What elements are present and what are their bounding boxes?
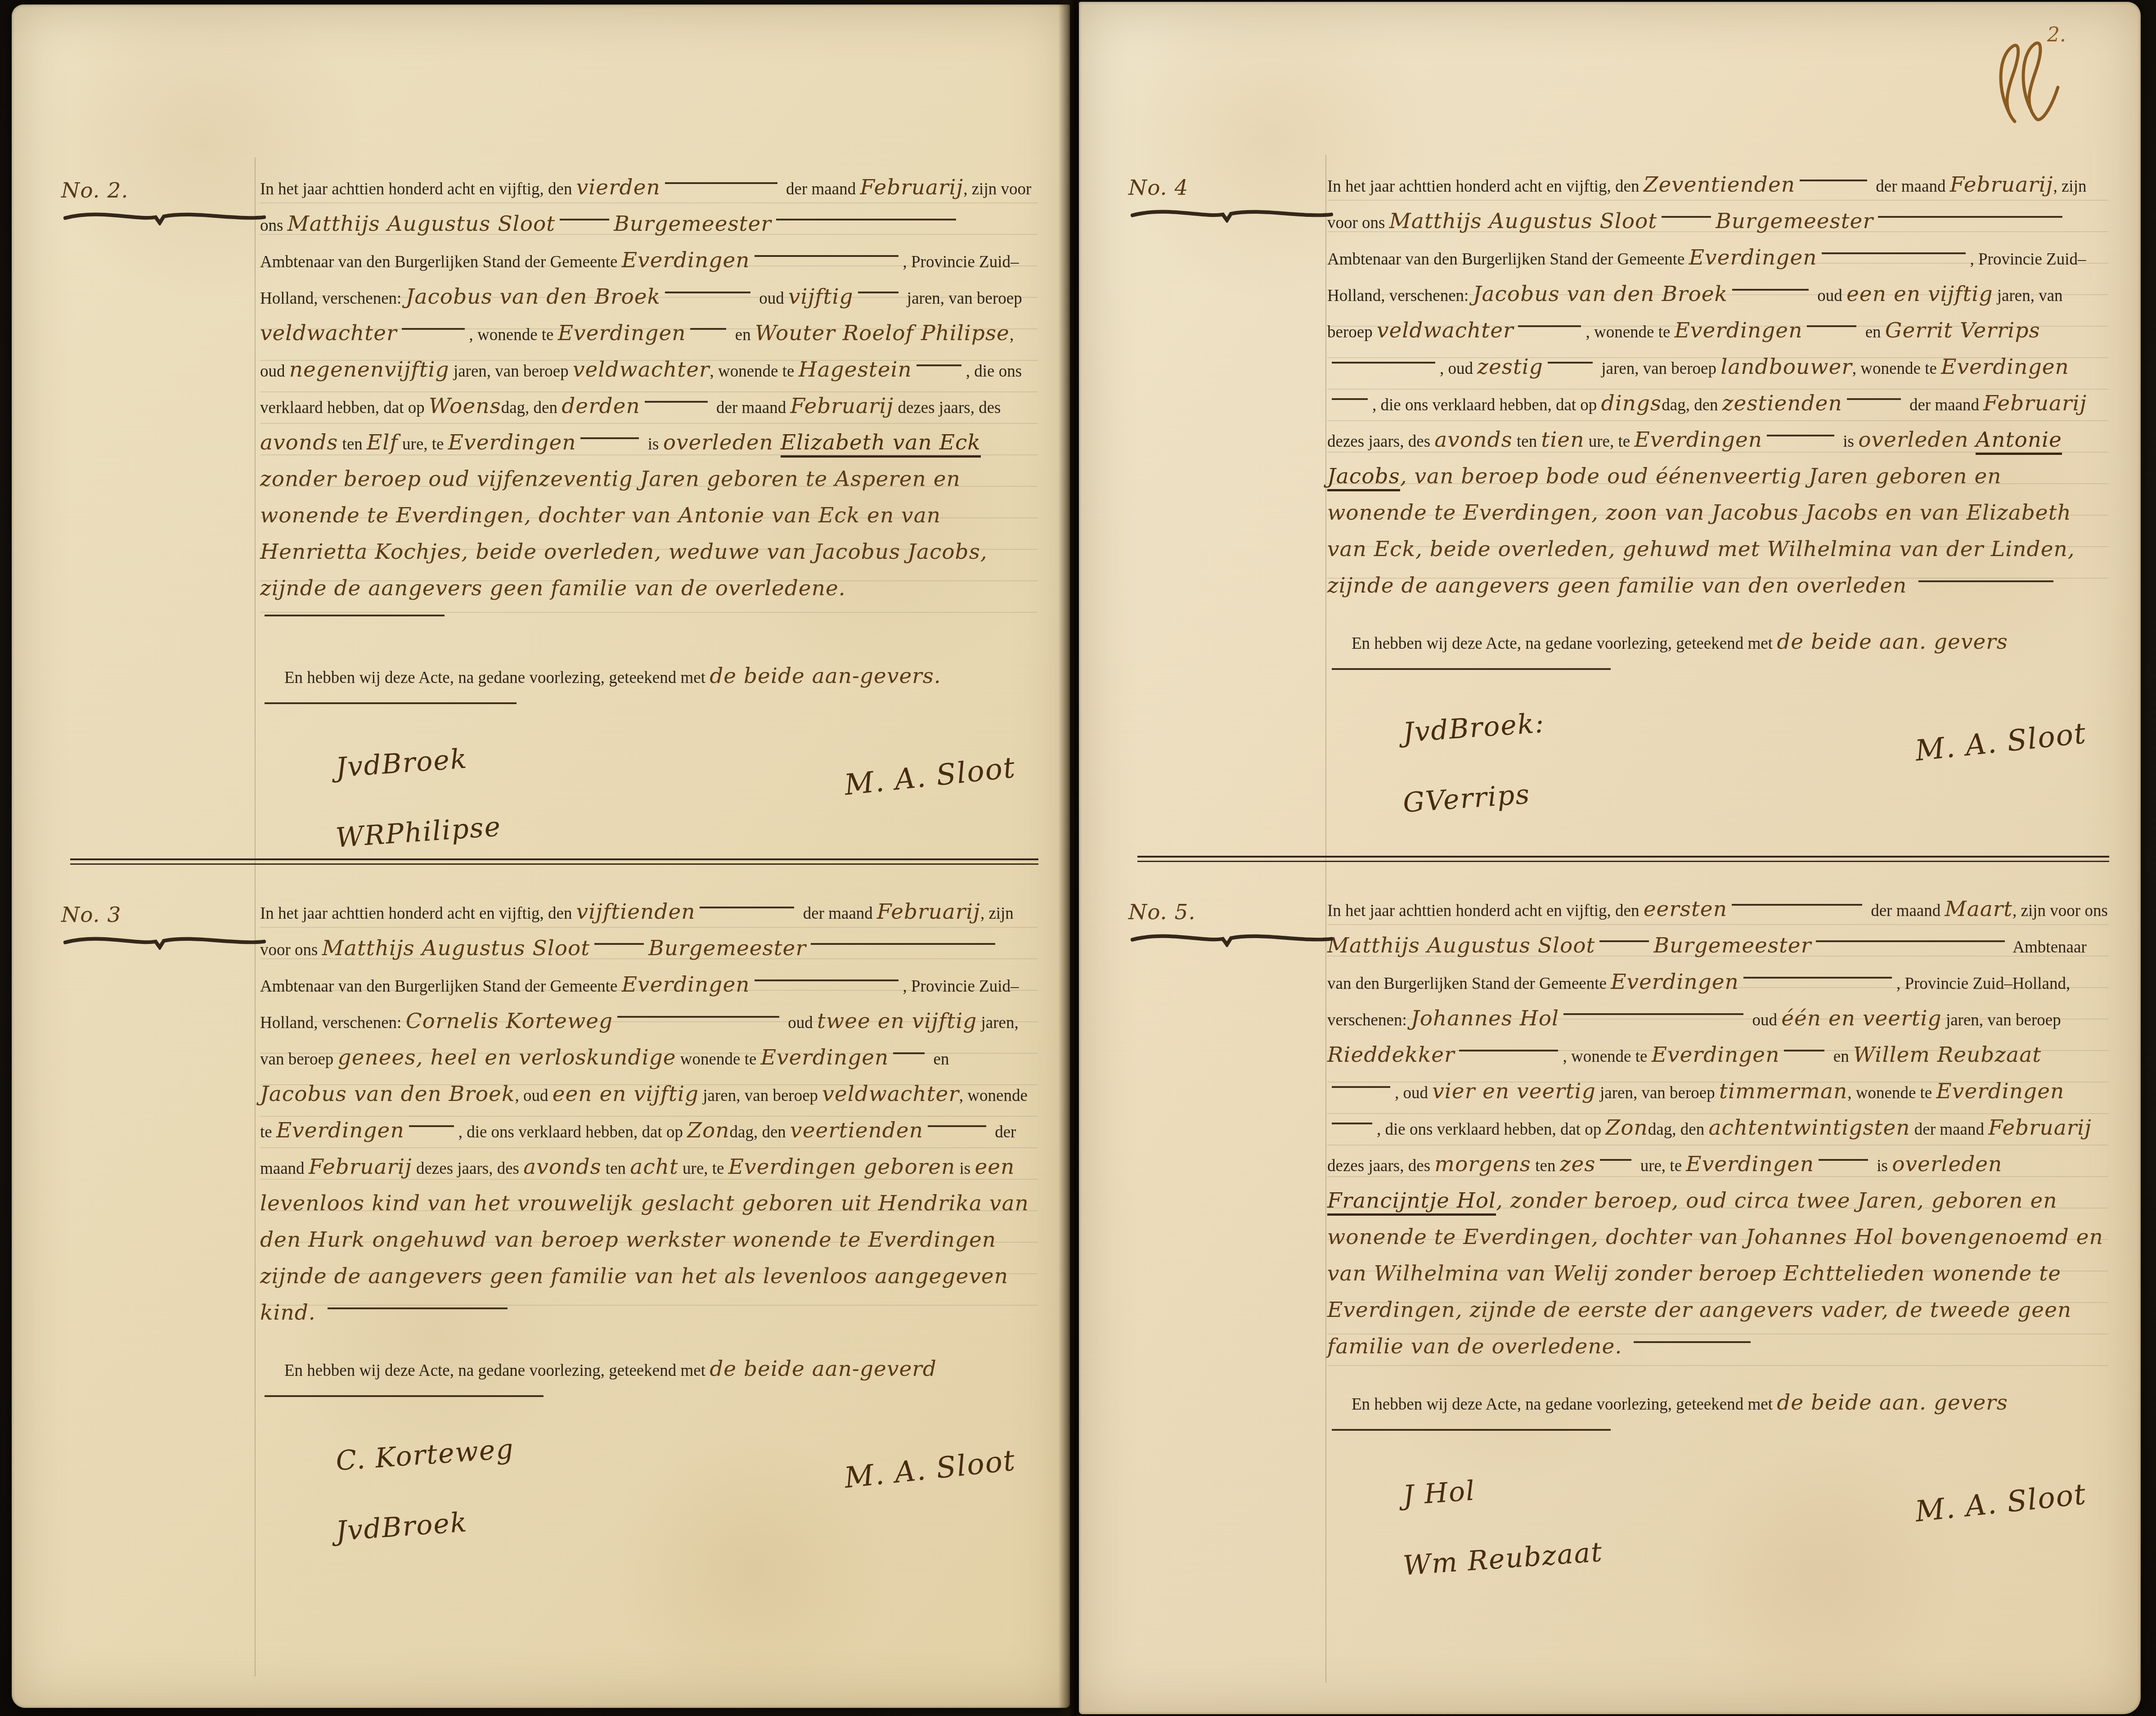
printed-text-segment: oud [1813, 287, 1846, 305]
handwritten-text-segment: zes [1560, 1152, 1596, 1177]
handwritten-text-segment: Zon [687, 1118, 729, 1143]
handwritten-text-segment: Elizabeth van Eck [781, 430, 981, 458]
handwritten-text-segment: Everdingen [761, 1045, 889, 1070]
blank-rule [1918, 575, 2053, 582]
blank-rule [645, 395, 708, 403]
act-divider [1137, 856, 2109, 862]
blank-rule [665, 286, 750, 293]
handwritten-text-segment: Jacobus van den Broek [406, 284, 660, 309]
printed-text-segment: ten [1531, 1157, 1560, 1175]
handwritten-text-segment: Everdingen [1689, 245, 1817, 270]
blank-rule [617, 1011, 779, 1018]
handwritten-text-segment: Maart [1945, 897, 2013, 921]
printed-text-segment: jaren, van beroep [699, 1087, 822, 1105]
printed-text-segment: dag, den [729, 1123, 790, 1141]
handwritten-text-segment: eersten [1644, 897, 1727, 921]
page-number: 2. [2047, 23, 2066, 46]
handwritten-text-segment: Februarij [1988, 1115, 2092, 1140]
blank-rule [755, 250, 898, 257]
handwritten-text-segment: overleden [1892, 1152, 2002, 1177]
handwritten-text-segment: Rieddekker [1327, 1042, 1455, 1067]
act-no-3: No. 3 In het jaar achttien honderd acht … [12, 896, 1070, 1541]
registrar-signature: M. A. Sloot [1913, 1478, 2088, 1529]
printed-text-segment: , oud [1395, 1084, 1432, 1102]
blank-rule [1332, 663, 1611, 670]
handwritten-text-segment: vierden [576, 175, 660, 200]
act-text: In het jaar achttien honderd acht en vij… [1327, 894, 2108, 1367]
act-divider [70, 858, 1038, 865]
act-closing-text: En hebben wij deze Acte, na gedane voorl… [1327, 626, 2108, 694]
blank-rule [811, 938, 995, 945]
handwritten-text-segment: Everdingen [1634, 427, 1762, 452]
handwritten-text-segment: Gerrit Verrips [1885, 318, 2040, 343]
printed-text-segment: jaren, van beroep [449, 362, 573, 381]
blank-rule [1807, 320, 1856, 327]
act-number-flourish-icon [61, 207, 268, 225]
printed-text-segment: In het jaar achttien honderd acht en vij… [1327, 177, 1644, 196]
handwritten-text-segment: acht [630, 1154, 678, 1179]
handwritten-text-segment: Februarij [309, 1154, 412, 1179]
handwritten-text-segment: genees, heel en verloskundige [338, 1045, 676, 1070]
printed-text-segment: Ambtenaar van den Burgerlijken Stand der… [260, 253, 622, 271]
signature-block: J HolWm Reubzaat M. A. Sloot [1403, 1473, 2087, 1575]
handwritten-text-segment: de beide aan. [1777, 1390, 1927, 1415]
printed-text-segment: ten [602, 1159, 630, 1178]
blank-rule [1600, 1154, 1631, 1161]
handwritten-text-segment: Matthijs Augustus Sloot [1389, 209, 1657, 234]
blank-rule [1332, 1424, 1611, 1431]
act-number-label: No. 3 [61, 903, 241, 927]
declarant-signature: JvdBroek [335, 1503, 515, 1547]
blank-rule [1822, 247, 1966, 254]
printed-text-segment: der maand [1910, 1120, 1989, 1139]
declarant-signature: JvdBroek [335, 741, 502, 784]
printed-text-segment: der maand [712, 399, 791, 417]
printed-text-segment: In het jaar achttien honderd acht en vij… [260, 180, 576, 198]
handwritten-text-segment: Hagestein [799, 357, 912, 382]
blank-rule [1332, 356, 1435, 364]
act-no-2: No. 2. In het jaar achttien honderd acht… [12, 172, 1070, 848]
handwritten-text-segment: Everdingen [558, 321, 686, 346]
signature-block: C. KortewegJvdBroek M. A. Sloot [336, 1439, 1016, 1541]
printed-text-segment: , oud [515, 1087, 552, 1105]
handwritten-text-segment: overleden [1858, 427, 1976, 452]
blank-rule [1599, 935, 1649, 942]
act-no-4: No. 4 In het jaar achttien honderd acht … [1079, 169, 2141, 814]
printed-text-segment: jaren, van beroep [1596, 1084, 1719, 1102]
signature-block: JvdBroek:GVerrips M. A. Sloot [1403, 712, 2087, 814]
handwritten-text-segment: Matthijs Augustus Sloot [1327, 933, 1595, 958]
printed-text-segment: der maand [799, 904, 877, 923]
act-number-block: No. 2. [61, 178, 241, 225]
handwritten-text-segment: Jacobus van den Broek [260, 1082, 515, 1106]
printed-text-segment: oud [1748, 1011, 1781, 1029]
printed-text-segment: Ambtenaar van den Burgerlijken Stand der… [260, 977, 622, 996]
handwritten-text-segment: Everdingen [622, 248, 750, 273]
printed-text-segment: en [929, 1050, 949, 1069]
blank-rule [916, 359, 961, 366]
blank-rule [402, 323, 465, 330]
registrar-paraph-icon [1983, 33, 2060, 128]
act-number-flourish-icon [1128, 204, 1335, 223]
act-closing-text: En hebben wij deze Acte, na gedane voorl… [260, 660, 1038, 728]
printed-text-segment: , wonende te [1847, 1084, 1936, 1102]
handwritten-text-segment: Zeventienden [1644, 172, 1795, 197]
printed-text-segment: en [731, 326, 755, 344]
printed-text-segment: , wonende te [710, 362, 798, 381]
handwritten-text-segment: Matthijs Augustus Sloot [322, 936, 590, 961]
handwritten-text-segment: zestig [1477, 355, 1543, 379]
handwritten-text-segment: tien [1541, 427, 1584, 452]
printed-text-segment: ten [338, 435, 367, 454]
printed-text-segment: is [1839, 432, 1858, 451]
handwritten-text-segment: avonds [523, 1154, 601, 1179]
handwritten-text-segment: avonds [260, 430, 338, 455]
handwritten-text-segment: landbouwer [1720, 355, 1852, 379]
handwritten-text-segment: Burgemeester [1653, 933, 1811, 958]
printed-text-segment: dag, den [1662, 396, 1722, 414]
handwritten-text-segment: Februarij [1950, 172, 2053, 197]
declarant-signature: GVerrips [1402, 777, 1545, 819]
blank-rule [1878, 211, 2062, 218]
printed-text-segment: ten [1513, 432, 1541, 451]
blank-rule [1634, 1336, 1751, 1343]
blank-rule [1743, 971, 1892, 979]
printed-text-segment: is [643, 435, 663, 454]
printed-text-segment: , wonende te [1563, 1047, 1651, 1066]
act-number-block: No. 5. [1128, 900, 1308, 947]
handwritten-text-segment: Jacobus van den Broek [1473, 282, 1728, 306]
printed-text-segment: ure, te [678, 1159, 728, 1178]
handwritten-text-segment: Everdingen [1936, 1079, 2065, 1104]
blank-rule [1784, 1044, 1824, 1051]
act-number-flourish-icon [1128, 928, 1335, 947]
blank-rule [1767, 429, 1834, 436]
handwritten-text-segment: Francijntje Hol [1327, 1188, 1496, 1216]
handwritten-text-segment: veldwachter [1377, 318, 1514, 343]
photographed-register-spread: No. 2. In het jaar achttien honderd acht… [0, 0, 2156, 1716]
printed-text-segment: dag, den [501, 399, 562, 417]
handwritten-text-segment: Everdingen [1675, 318, 1803, 343]
blank-rule [328, 1302, 508, 1309]
act-text: In het jaar achttien honderd acht en vij… [260, 172, 1038, 641]
blank-rule [1847, 393, 1901, 400]
blank-rule [1518, 320, 1581, 327]
blank-rule [1732, 283, 1809, 291]
printed-text-segment: en [1829, 1047, 1853, 1066]
registrar-signature: M. A. Sloot [1913, 717, 2088, 768]
declarant-signatures: JvdBroekWRPhilipse [336, 746, 501, 848]
act-number-block: No. 4 [1128, 175, 1308, 223]
handwritten-text-segment: een levenloos kind van het vrouwelijk ge… [260, 1154, 1029, 1325]
handwritten-text-segment: Burgemeester [1716, 209, 1873, 234]
signature-block: JvdBroekWRPhilipse M. A. Sloot [336, 746, 1016, 848]
printed-text-segment: En hebben wij deze Acte, na gedane voorl… [1352, 634, 1777, 653]
handwritten-text-segment: Wouter Roelof Philipse [755, 321, 1010, 346]
act-no-5: No. 5. In het jaar achttien honderd acht… [1079, 894, 2141, 1575]
printed-text-segment: oud [784, 1014, 817, 1032]
printed-text-segment: wonende te [676, 1050, 761, 1069]
handwritten-text-segment: Everdingen [1941, 355, 2069, 379]
printed-text-segment: ure, te [398, 435, 448, 454]
declarant-signatures: C. KortewegJvdBroek [336, 1439, 514, 1541]
handwritten-text-segment: vier en veertig [1432, 1079, 1595, 1104]
printed-text-segment: der maand [1905, 396, 1984, 414]
handwritten-text-segment: gevers. [860, 664, 941, 688]
printed-text-segment: der maand [1872, 177, 1950, 196]
blank-rule [665, 177, 777, 184]
blank-rule [700, 901, 794, 908]
blank-rule [1332, 1081, 1390, 1088]
blank-rule [265, 1390, 543, 1397]
blank-rule [560, 213, 609, 220]
handwritten-text-segment: Woens [429, 394, 501, 418]
blank-rule [893, 1047, 925, 1054]
handwritten-text-segment: veldwachter [573, 357, 710, 382]
declarant-signature: JvdBroek: [1402, 707, 1545, 749]
act-closing-text: En hebben wij deze Acte, na gedane voorl… [1327, 1387, 2108, 1455]
printed-text-segment: is [955, 1159, 975, 1178]
blank-rule [755, 974, 898, 981]
handwritten-text-segment: Februarij [790, 394, 894, 418]
printed-text-segment: oud [755, 289, 788, 308]
handwritten-text-segment: twee en vijftig [817, 1009, 977, 1033]
printed-text-segment: jaren, van beroep [1597, 359, 1720, 378]
blank-rule [1816, 935, 2005, 942]
handwritten-text-segment: zestienden [1722, 391, 1842, 416]
handwritten-text-segment: een en vijftig [1846, 282, 1993, 306]
printed-text-segment: ure, te [1584, 432, 1634, 451]
handwritten-text-segment: vijftig [788, 284, 853, 309]
blank-rule [1563, 1008, 1743, 1015]
printed-text-segment: Ambtenaar van den Burgerlijken Stand der… [1327, 250, 1689, 269]
handwritten-text-segment: Willem Reubzaat [1853, 1042, 2041, 1067]
declarant-signature: WRPhilipse [335, 811, 502, 854]
handwritten-text-segment: avonds [1434, 427, 1512, 452]
handwritten-text-segment: Cornelis Korteweg [406, 1009, 613, 1033]
blank-rule [1819, 1154, 1868, 1161]
blank-rule [858, 286, 898, 293]
printed-text-segment: dezes jaars, des [894, 399, 1001, 417]
handwritten-text-segment: veldwachter [260, 321, 397, 346]
blank-rule [690, 323, 726, 330]
blank-rule [409, 1120, 454, 1127]
handwritten-text-segment: Everdingen [1652, 1042, 1780, 1067]
handwritten-text-segment: gevers [1927, 1390, 2008, 1415]
declarant-signature: C. Korteweg [335, 1433, 515, 1477]
act-number-label: No. 4 [1128, 175, 1308, 200]
printed-text-segment: , die ons verklaard hebben, dat op [1377, 1120, 1606, 1139]
handwritten-text-segment: Februarij [860, 175, 963, 200]
handwritten-text-segment: de beide aan- [710, 1357, 860, 1381]
handwritten-text-segment: Februarij [877, 899, 980, 924]
printed-text-segment: dezes jaars, des [1327, 432, 1434, 451]
handwritten-text-segment: een en vijftig [552, 1082, 699, 1106]
handwritten-text-segment: negenenvijftig [289, 357, 449, 382]
printed-text-segment: dezes jaars, des [412, 1159, 524, 1178]
handwritten-text-segment: Everdingen geboren [728, 1154, 955, 1179]
registrar-signature: M. A. Sloot [843, 1444, 1017, 1495]
declarant-signatures: J HolWm Reubzaat [1403, 1473, 1603, 1575]
handwritten-text-segment: Everdingen [448, 430, 576, 455]
handwritten-text-segment: Everdingen [276, 1118, 404, 1143]
blank-rule [1459, 1044, 1558, 1051]
left-page: No. 2. In het jaar achttien honderd acht… [12, 4, 1070, 1708]
printed-text-segment: , zijn voor ons [2012, 902, 2108, 920]
printed-text-segment: , die ons verklaard hebben, dat op [1372, 396, 1601, 414]
handwritten-text-segment: de beide aan. [1777, 629, 1927, 654]
blank-rule [1548, 356, 1593, 364]
blank-rule [1662, 211, 1711, 218]
act-closing-text: En hebben wij deze Acte, na gedane voorl… [260, 1353, 1038, 1421]
printed-text-segment: In het jaar achttien honderd acht en vij… [260, 904, 576, 923]
printed-text-segment: En hebben wij deze Acte, na gedane voorl… [284, 669, 710, 687]
printed-text-segment: dezes jaars, des [1327, 1157, 1434, 1175]
handwritten-text-segment: Burgemeester [648, 936, 806, 961]
handwritten-text-segment: Everdingen [622, 972, 750, 997]
act-number-flourish-icon [61, 931, 268, 950]
blank-rule [594, 938, 644, 945]
blank-rule [1332, 393, 1368, 400]
handwritten-text-segment: veertienden [790, 1118, 923, 1143]
handwritten-text-segment: morgens [1434, 1152, 1531, 1177]
handwritten-text-segment: Elf [367, 430, 398, 455]
printed-text-segment: , wonende te [1586, 323, 1674, 341]
act-number-block: No. 3 [61, 903, 241, 950]
handwritten-text-segment: achtentwintigsten [1708, 1115, 1910, 1140]
declarant-signature: Wm Reubzaat [1402, 1536, 1604, 1582]
act-text: In het jaar achttien honderd acht en vij… [1327, 169, 2108, 606]
handwritten-text-segment: één en veertig [1781, 1006, 1942, 1031]
handwritten-text-segment: zonder beroep oud vijfenzeventig Jaren g… [260, 467, 988, 601]
blank-rule [928, 1120, 986, 1127]
right-page: 2. No. 4 In het jaar achttien honderd ac… [1079, 2, 2141, 1714]
printed-text-segment: , die ons verklaard hebben, dat op [458, 1123, 687, 1141]
printed-text-segment: dag, den [1648, 1120, 1709, 1139]
printed-text-segment: , oud [1440, 359, 1477, 378]
printed-text-segment: ure, te [1636, 1157, 1686, 1175]
handwritten-text-segment: timmerman [1719, 1079, 1847, 1104]
printed-text-segment: en [1861, 323, 1885, 341]
handwritten-text-segment: derden [561, 394, 640, 418]
printed-text-segment: jaren, van beroep [1942, 1011, 2061, 1029]
printed-text-segment: En hebben wij deze Acte, na gedane voorl… [284, 1361, 710, 1380]
printed-text-segment: der maand [782, 180, 860, 198]
blank-rule [1732, 898, 1862, 906]
handwritten-text-segment: overleden [663, 430, 781, 455]
act-text: In het jaar achttien honderd acht en vij… [260, 896, 1038, 1334]
declarant-signatures: JvdBroek:GVerrips [1403, 712, 1545, 814]
blank-rule [1800, 174, 1867, 181]
blank-rule [265, 697, 517, 704]
handwritten-text-segment: Februarij [1983, 391, 2087, 416]
handwritten-text-segment: Everdingen [1611, 970, 1739, 994]
handwritten-text-segment: veldwachter [822, 1082, 959, 1106]
handwritten-text-segment: Everdingen [1686, 1152, 1814, 1177]
registrar-signature: M. A. Sloot [843, 751, 1017, 802]
printed-text-segment: , wonende te [1852, 359, 1941, 378]
blank-rule [1332, 1117, 1372, 1124]
blank-rule [776, 213, 956, 220]
handwritten-text-segment: de beide aan- [710, 664, 860, 688]
printed-text-segment: der maand [1867, 902, 1945, 920]
handwritten-text-segment: Johannes Hol [1411, 1006, 1559, 1031]
blank-rule [265, 609, 445, 616]
handwritten-text-segment: dings [1601, 391, 1662, 416]
printed-text-segment: jaren, van beroep [903, 289, 1022, 308]
blank-rule [580, 432, 639, 439]
handwritten-text-segment: gevers [1927, 629, 2008, 654]
printed-text-segment: , wonende te [469, 326, 558, 344]
act-number-label: No. 5. [1128, 900, 1308, 925]
printed-text-segment: In het jaar achttien honderd acht en vij… [1327, 902, 1644, 920]
handwritten-text-segment: Burgemeester [614, 211, 772, 236]
handwritten-text-segment: vijftienden [576, 899, 696, 924]
handwritten-text-segment: Matthijs Augustus Sloot [287, 211, 555, 236]
printed-text-segment: En hebben wij deze Acte, na gedane voorl… [1352, 1395, 1777, 1414]
printed-text-segment: is [1873, 1157, 1892, 1175]
act-number-label: No. 2. [61, 178, 241, 203]
declarant-signature: J Hol [1402, 1466, 1604, 1512]
handwritten-text-segment: geverd [860, 1357, 937, 1381]
handwritten-text-segment: Zon [1606, 1115, 1648, 1140]
